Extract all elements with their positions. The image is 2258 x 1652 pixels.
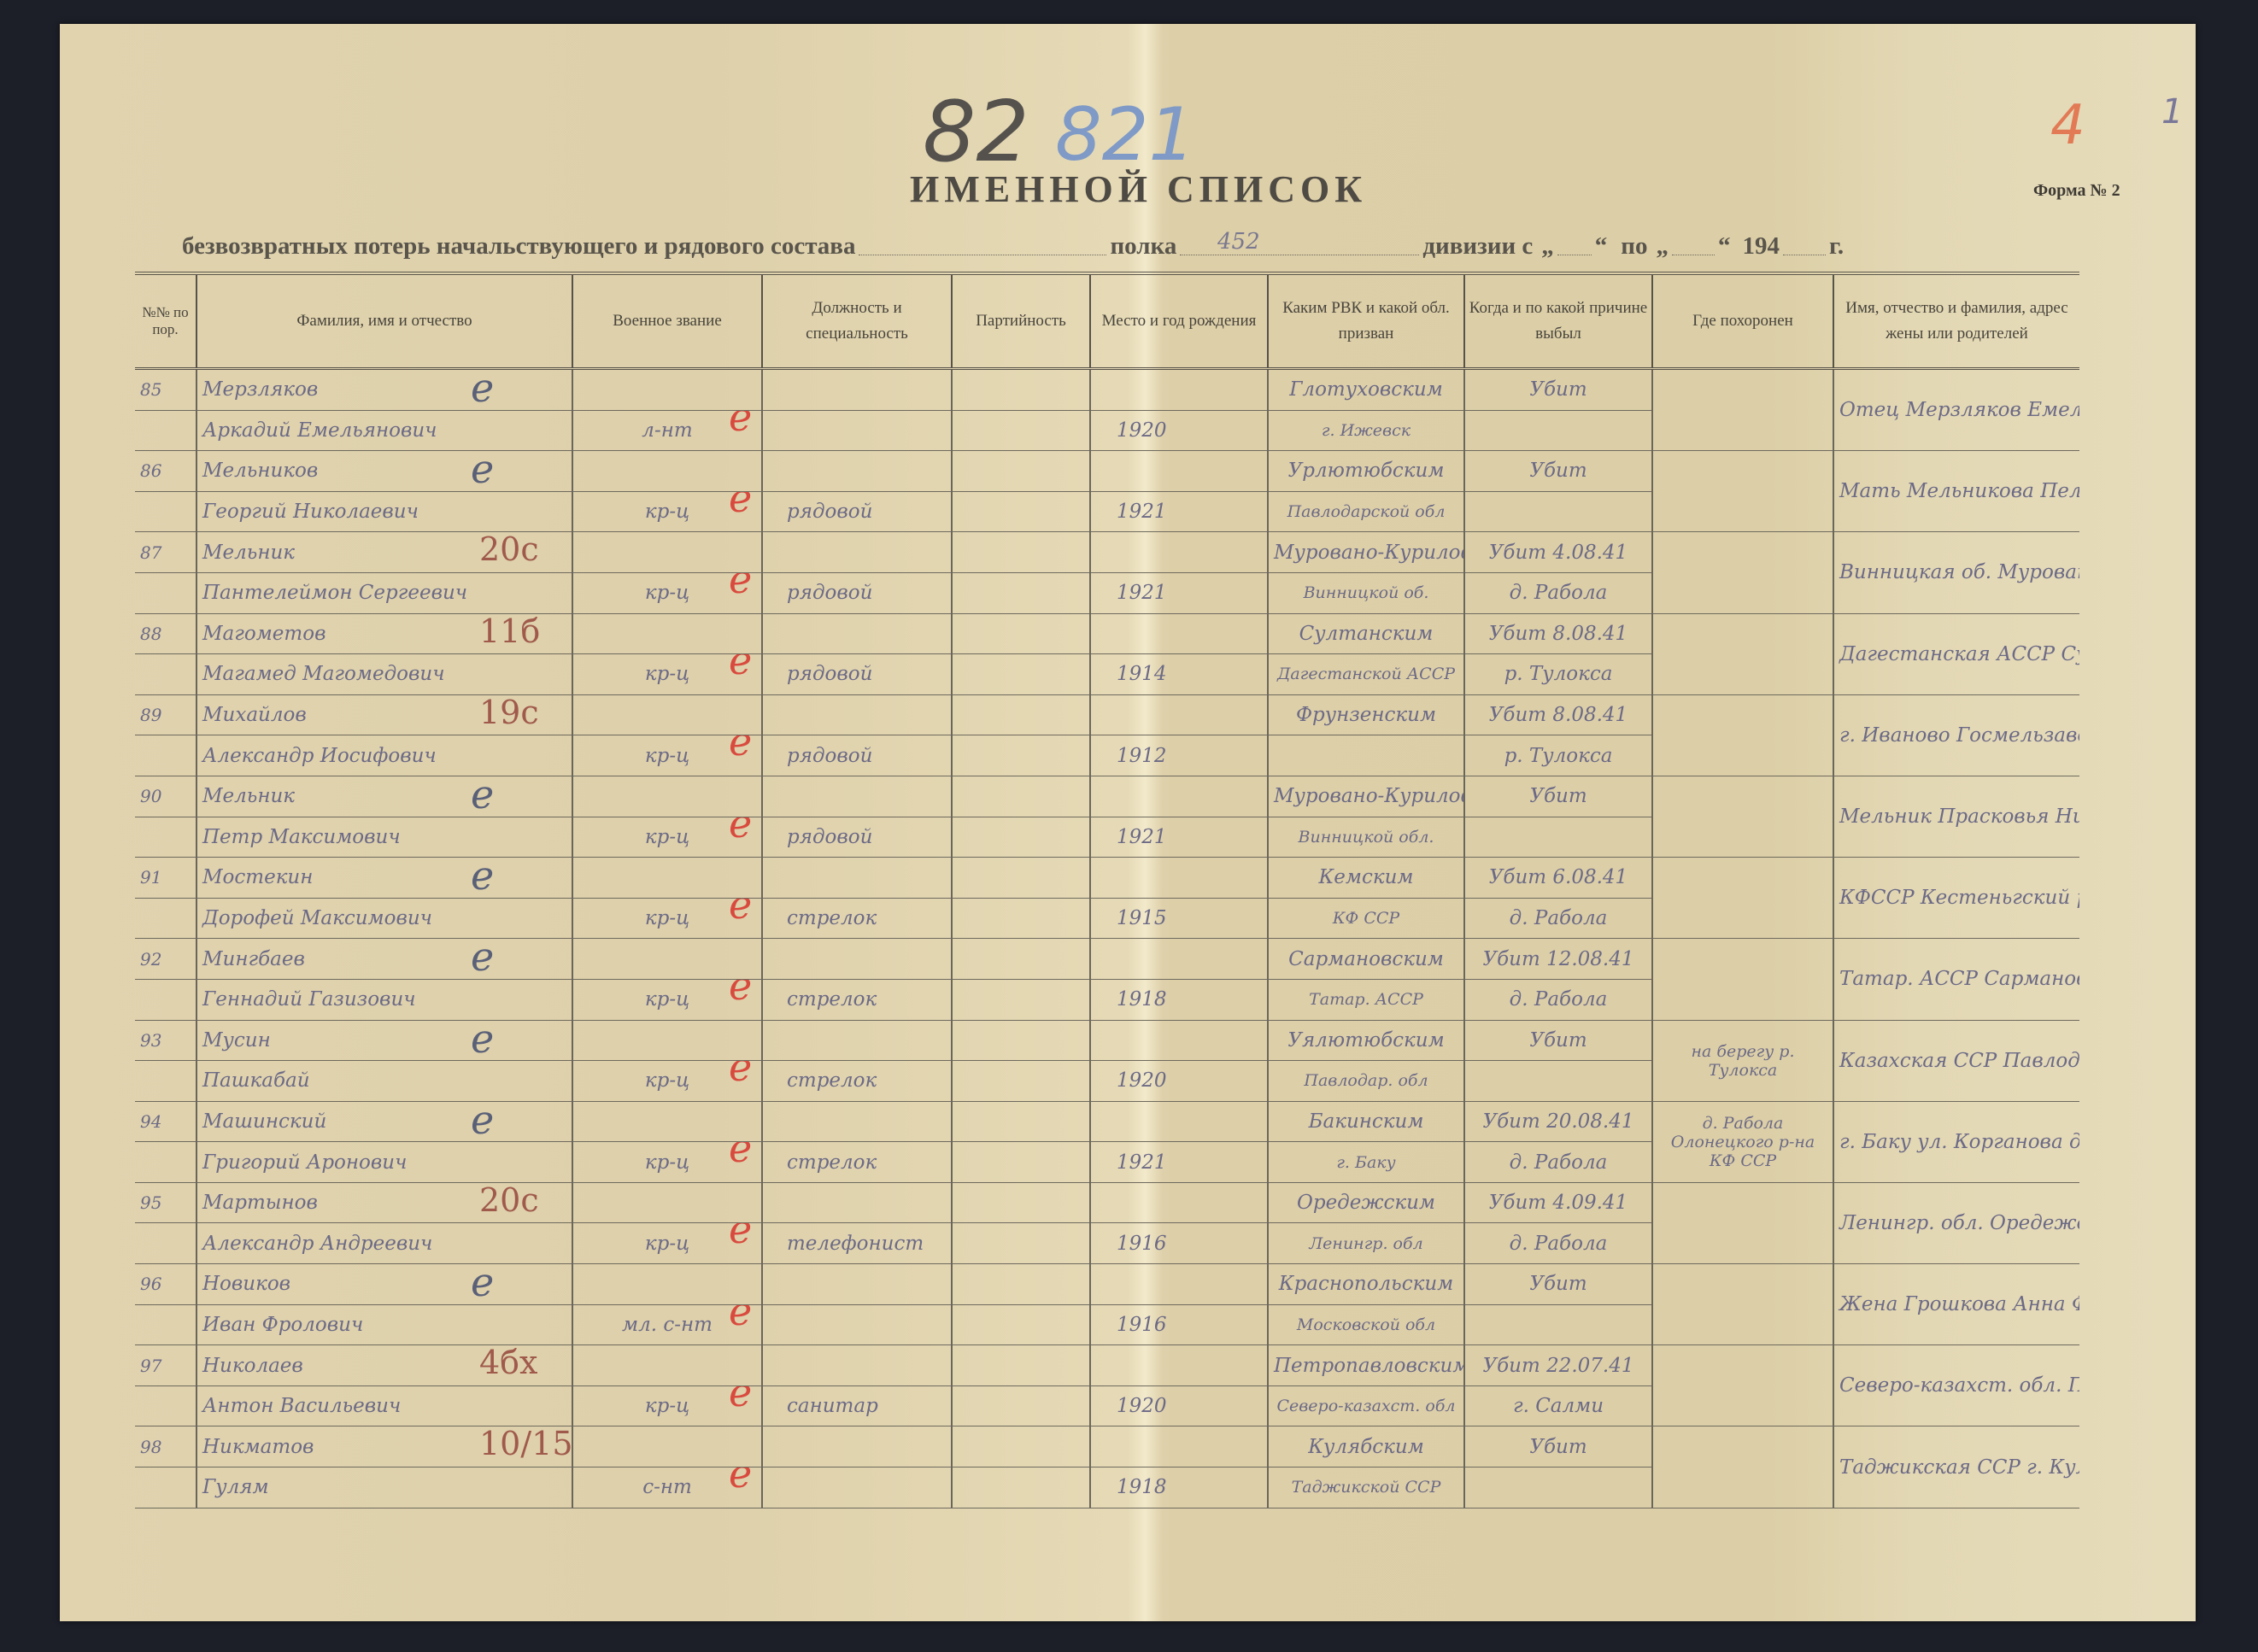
when-cell: Убит bbox=[1464, 1264, 1652, 1305]
birth-cell: 1921 bbox=[1090, 572, 1268, 613]
where-place: д. Рабола bbox=[1510, 582, 1608, 604]
rank-cell: кр-цe bbox=[572, 898, 762, 939]
surname-cell: Машинскийе bbox=[196, 1101, 572, 1142]
party-cell bbox=[952, 654, 1090, 695]
burial-cell bbox=[1652, 532, 1833, 613]
military-rank: кр-ц bbox=[645, 1069, 689, 1092]
pencil-check-icon: е bbox=[471, 1101, 494, 1142]
party-cell bbox=[952, 776, 1090, 817]
party-cell bbox=[952, 532, 1090, 573]
row-number-cell-empty bbox=[135, 1304, 196, 1345]
col-party: Партийность bbox=[952, 273, 1090, 369]
military-rank: кр-ц bbox=[645, 988, 689, 1011]
rank-cell-empty bbox=[572, 1101, 762, 1142]
party-cell bbox=[952, 1142, 1090, 1183]
conscription-rvk-cell: Султанским bbox=[1268, 613, 1464, 654]
burial-cell bbox=[1652, 776, 1833, 857]
row-number-cell: 98 bbox=[135, 1426, 196, 1467]
position-cell-empty bbox=[762, 451, 952, 492]
position-cell: стрелок bbox=[762, 1142, 952, 1183]
red-check-icon: e bbox=[729, 1385, 752, 1415]
party-cell bbox=[952, 1020, 1090, 1061]
given-name: Григорий Аронович bbox=[202, 1151, 407, 1174]
burial-cell bbox=[1652, 451, 1833, 532]
next-of-kin-address: Казахская ССР Павлодарская обл. Урлютюбс… bbox=[1839, 1050, 2079, 1072]
given-name: Пантелеймон Сергеевич bbox=[202, 582, 467, 604]
birth-cell-empty bbox=[1090, 1264, 1268, 1305]
table-row-surname: 95Мартынов20сОредежскимУбит 4.09.41Ленин… bbox=[135, 1182, 2079, 1223]
burial-cell bbox=[1652, 1182, 1833, 1263]
next-of-kin-address: Отец Мерзляков Емельян Прохорович Удмурт… bbox=[1839, 399, 2079, 421]
where-cell bbox=[1464, 410, 1652, 451]
surname: Мельников bbox=[202, 460, 318, 482]
surname-cell: Мерзлякове bbox=[196, 369, 572, 411]
corner-number: 1 bbox=[2161, 92, 2183, 132]
next-of-kin-address: г. Баку ул. Корганова д. 139 Лекарь Б. Ф… bbox=[1839, 1131, 2079, 1153]
when-reason: Убит bbox=[1529, 460, 1586, 482]
position: телефонист bbox=[787, 1233, 924, 1255]
next-of-kin-cell: Дагестанская АССР Султанский р-н д. Труд bbox=[1833, 613, 2079, 694]
rank-cell-empty bbox=[572, 1345, 762, 1386]
burial-cell bbox=[1652, 939, 1833, 1020]
party-cell bbox=[952, 491, 1090, 532]
position: рядовой bbox=[787, 826, 872, 848]
burial-cell bbox=[1652, 694, 1833, 776]
surname-cell: Магометов11б bbox=[196, 613, 572, 654]
conscription-rvk: Муровано-Куриловецким bbox=[1274, 542, 1464, 564]
birth-year: 1921 bbox=[1117, 826, 1167, 848]
burial-cell bbox=[1652, 1264, 1833, 1345]
surname: Мерзляков bbox=[202, 378, 318, 401]
surname: Николаев bbox=[202, 1355, 303, 1377]
military-rank: кр-ц bbox=[645, 501, 689, 523]
pencil-check-icon: е bbox=[471, 776, 494, 817]
burial-cell bbox=[1652, 1426, 1833, 1508]
table-row-surname: 88VМагометов11бСултанскимУбит 8.08.41Даг… bbox=[135, 613, 2079, 654]
conscription-rvk-cell: Кулябским bbox=[1268, 1426, 1464, 1467]
birth-year: 1916 bbox=[1117, 1314, 1167, 1336]
rank-cell-empty bbox=[572, 776, 762, 817]
given-name-cell: Магамед Магомедович bbox=[196, 654, 572, 695]
rank-cell-empty bbox=[572, 532, 762, 573]
document-title: ИМЕННОЙ СПИСОК bbox=[910, 167, 1367, 211]
side-note-mark: 20с bbox=[479, 532, 539, 569]
rank-cell-empty bbox=[572, 1182, 762, 1223]
col-birth: Место и год рождения bbox=[1090, 273, 1268, 369]
rank-cell-empty bbox=[572, 1020, 762, 1061]
row-number-cell: 96 bbox=[135, 1264, 196, 1305]
party-cell bbox=[952, 1101, 1090, 1142]
birth-year: 1915 bbox=[1117, 907, 1167, 929]
birth-cell-empty bbox=[1090, 776, 1268, 817]
surname-cell: Мингбаеве bbox=[196, 939, 572, 980]
conscription-rvk-cell: Фрунзенским bbox=[1268, 694, 1464, 735]
conscription-region-cell: Дагестанской АССР bbox=[1268, 654, 1464, 695]
position: рядовой bbox=[787, 501, 872, 523]
row-number-cell-empty bbox=[135, 735, 196, 776]
where-cell: р. Тулокса bbox=[1464, 654, 1652, 695]
given-name: Петр Максимович bbox=[202, 826, 401, 848]
birth-cell: 1914 bbox=[1090, 654, 1268, 695]
surname: Новиков bbox=[202, 1273, 290, 1295]
next-of-kin-cell: Северо-казахст. обл. Петропавловский р-н… bbox=[1833, 1345, 2079, 1426]
row-number: 85 bbox=[140, 379, 161, 400]
conscription-rvk-cell: Бакинским bbox=[1268, 1101, 1464, 1142]
red-check-icon: e bbox=[729, 817, 752, 847]
col-military-rank: Военное звание bbox=[572, 273, 762, 369]
red-check-icon: e bbox=[729, 410, 752, 440]
open-quote-2: „ bbox=[1657, 232, 1669, 261]
position: стрелок bbox=[787, 1069, 877, 1092]
given-name-cell: Георгий Николаевич bbox=[196, 491, 572, 532]
given-name: Гулям bbox=[202, 1476, 269, 1498]
surname-cell: Мусине bbox=[196, 1020, 572, 1061]
position-cell-empty bbox=[762, 1101, 952, 1142]
next-of-kin-address: Мельник Прасковья Никифоровна Винницкая … bbox=[1839, 805, 2079, 828]
year-blank bbox=[1783, 254, 1826, 255]
when-cell: Убит 22.07.41 bbox=[1464, 1345, 1652, 1386]
given-name-cell: Александр Иосифович bbox=[196, 735, 572, 776]
when-reason: Убит bbox=[1529, 1436, 1586, 1458]
when-cell: Убит bbox=[1464, 451, 1652, 492]
where-cell: д. Рабола bbox=[1464, 898, 1652, 939]
conscription-rvk-cell: Петропавловским bbox=[1268, 1345, 1464, 1386]
row-number-cell-empty bbox=[135, 817, 196, 858]
next-of-kin-cell: КФССР Кестеньгский р-н д. Ругозеро отец … bbox=[1833, 858, 2079, 939]
conscription-rvk: Петропавловским bbox=[1274, 1355, 1464, 1377]
next-of-kin-cell: Винницкая об. Муровано-Куриловецкий р-н … bbox=[1833, 532, 2079, 613]
rank-cell: кр-цe bbox=[572, 1061, 762, 1102]
pencil-check-icon: е bbox=[471, 451, 494, 492]
when-cell: Убит 20.08.41 bbox=[1464, 1101, 1652, 1142]
rank-cell-empty bbox=[572, 1264, 762, 1305]
when-reason: Убит 4.09.41 bbox=[1489, 1192, 1628, 1214]
where-place: д. Рабола bbox=[1510, 1151, 1608, 1174]
table-row-surname: 96НовиковеКраснопольскимУбитЖена Грошков… bbox=[135, 1264, 2079, 1305]
when-reason: Убит bbox=[1529, 785, 1586, 807]
given-name-cell: Антон Васильевич bbox=[196, 1385, 572, 1426]
next-of-kin-address: Ленингр. обл. Оредежский р-н Тёсовский с… bbox=[1839, 1212, 2079, 1234]
when-cell: Убит 6.08.41 bbox=[1464, 858, 1652, 899]
party-cell bbox=[952, 1223, 1090, 1264]
row-number-cell-empty bbox=[135, 1061, 196, 1102]
next-of-kin-cell: Казахская ССР Павлодарская обл. Урлютюбс… bbox=[1833, 1020, 2079, 1101]
rank-cell: кр-цe bbox=[572, 491, 762, 532]
party-cell bbox=[952, 451, 1090, 492]
position-cell: стрелок bbox=[762, 898, 952, 939]
rank-cell: кр-цe bbox=[572, 1223, 762, 1264]
rank-cell: кр-цe bbox=[572, 1385, 762, 1426]
surname: Машинский bbox=[202, 1110, 326, 1133]
year-prefix: 194 bbox=[1743, 232, 1780, 261]
side-note-mark: 20с bbox=[479, 1182, 539, 1219]
military-rank: кр-ц bbox=[645, 663, 689, 685]
conscription-region: Северо-казахст. обл bbox=[1276, 1397, 1455, 1415]
row-number: 90 bbox=[140, 786, 161, 806]
next-of-kin-address: Винницкая об. Муровано-Куриловецкий р-н … bbox=[1839, 561, 2079, 583]
conscription-region-cell: г. Ижевск bbox=[1268, 410, 1464, 451]
birth-cell: 1916 bbox=[1090, 1223, 1268, 1264]
party-cell bbox=[952, 1385, 1090, 1426]
conscription-region: Татар. АССР bbox=[1309, 990, 1423, 1009]
given-name: Пашкабай bbox=[202, 1069, 310, 1092]
table-header-row: №№ по пор. Фамилия, имя и отчество Военн… bbox=[135, 273, 2079, 369]
position: рядовой bbox=[787, 663, 872, 685]
conscription-region-cell: Северо-казахст. обл bbox=[1268, 1385, 1464, 1426]
side-note-mark: 11б bbox=[479, 613, 540, 650]
col-full-name: Фамилия, имя и отчество bbox=[196, 273, 572, 369]
position: санитар bbox=[787, 1395, 878, 1417]
birth-year: 1921 bbox=[1117, 501, 1167, 523]
surname-cell: Мельникове bbox=[196, 451, 572, 492]
conscription-region-cell bbox=[1268, 735, 1464, 776]
col-number: №№ по пор. bbox=[135, 273, 196, 369]
pencil-check-icon: е bbox=[471, 369, 494, 411]
pencil-check-icon: е bbox=[471, 858, 494, 899]
conscription-rvk: Кемским bbox=[1319, 866, 1414, 888]
surname-cell: Мартынов20с bbox=[196, 1182, 572, 1223]
row-number-cell-empty bbox=[135, 1142, 196, 1183]
row-number-cell: 94 bbox=[135, 1101, 196, 1142]
position-cell-empty bbox=[762, 1345, 952, 1386]
where-cell bbox=[1464, 817, 1652, 858]
when-cell: Убит bbox=[1464, 1020, 1652, 1061]
table-row-surname: 93МусинеУялютюбскимУбитна берегу р. Туло… bbox=[135, 1020, 2079, 1061]
next-of-kin-address: Дагестанская АССР Султанский р-н д. Труд bbox=[1839, 643, 2079, 665]
next-of-kin-cell: г. Баку ул. Корганова д. 139 Лекарь Б. Ф… bbox=[1833, 1101, 2079, 1182]
when-reason: Убит 12.08.41 bbox=[1482, 948, 1633, 970]
position-cell-empty bbox=[762, 858, 952, 899]
military-rank: кр-ц bbox=[645, 1395, 689, 1417]
next-of-kin-cell: Ленингр. обл. Оредежский р-н Тёсовский с… bbox=[1833, 1182, 2079, 1263]
open-quote: „ bbox=[1541, 232, 1554, 261]
burial-cell: на берегу р. Тулокса bbox=[1652, 1020, 1833, 1101]
rank-cell-empty bbox=[572, 1426, 762, 1467]
when-reason: Убит bbox=[1529, 1273, 1586, 1295]
position: рядовой bbox=[787, 745, 872, 767]
conscription-rvk: Оредежским bbox=[1297, 1192, 1435, 1214]
burial-cell bbox=[1652, 369, 1833, 451]
military-rank: кр-ц bbox=[645, 1233, 689, 1255]
row-number-cell-empty bbox=[135, 491, 196, 532]
table-body: 85МерзляковеГлотуховскимУбитОтец Мерзляк… bbox=[135, 369, 2079, 1508]
side-note-mark: 19с bbox=[479, 694, 539, 731]
row-number: 87 bbox=[140, 542, 161, 563]
where-cell bbox=[1464, 1467, 1652, 1508]
sheet-number-red: 4 bbox=[2050, 94, 2085, 157]
red-check-icon: e bbox=[729, 1142, 752, 1172]
birth-year: 1918 bbox=[1117, 988, 1167, 1011]
subtitle-prefix: безвозвратных потерь начальствующего и р… bbox=[182, 232, 855, 261]
position-cell: рядовой bbox=[762, 572, 952, 613]
pencil-check-icon: е bbox=[471, 1020, 494, 1061]
rank-cell: кр-цe bbox=[572, 979, 762, 1020]
given-name-cell: Григорий Аронович bbox=[196, 1142, 572, 1183]
birth-cell-empty bbox=[1090, 451, 1268, 492]
where-cell bbox=[1464, 1304, 1652, 1345]
birth-cell: 1916 bbox=[1090, 1304, 1268, 1345]
rank-cell: кр-цe bbox=[572, 654, 762, 695]
conscription-rvk: Фрунзенским bbox=[1296, 704, 1436, 726]
conscription-rvk: Бакинским bbox=[1309, 1110, 1424, 1133]
conscription-region-cell: г. Баку bbox=[1268, 1142, 1464, 1183]
conscription-rvk: Краснопольским bbox=[1279, 1273, 1453, 1295]
party-cell bbox=[952, 572, 1090, 613]
red-check-icon: e bbox=[729, 898, 752, 928]
row-number-cell-empty bbox=[135, 979, 196, 1020]
rank-cell: л-нтe bbox=[572, 410, 762, 451]
position: рядовой bbox=[787, 582, 872, 604]
conscription-rvk: Урлютюбским bbox=[1288, 460, 1445, 482]
surname-cell: Мельник20с bbox=[196, 532, 572, 573]
birth-cell-empty bbox=[1090, 858, 1268, 899]
surname-cell: Михайлов19с bbox=[196, 694, 572, 735]
position-cell: рядовой bbox=[762, 735, 952, 776]
where-place: р. Тулокса bbox=[1504, 663, 1613, 685]
birth-cell: 1921 bbox=[1090, 817, 1268, 858]
surname: Мусин bbox=[202, 1029, 271, 1052]
party-cell bbox=[952, 694, 1090, 735]
party-cell bbox=[952, 1345, 1090, 1386]
birth-year: 1920 bbox=[1117, 419, 1167, 442]
conscription-region-cell: Таджикской ССР bbox=[1268, 1467, 1464, 1508]
next-of-kin-address: Жена Грошкова Анна Федоровна г. Москва С… bbox=[1839, 1293, 2079, 1315]
row-number-cell: 93 bbox=[135, 1020, 196, 1061]
next-of-kin-address: Татар. АССР Сармановский р-н д. Мурвали … bbox=[1839, 968, 2079, 990]
col-when-why: Когда и по какой причине выбыл bbox=[1464, 273, 1652, 369]
position: стрелок bbox=[787, 988, 877, 1011]
conscription-region: Московской обл bbox=[1297, 1315, 1435, 1334]
rank-cell: с-нтe bbox=[572, 1467, 762, 1508]
surname: Никматов bbox=[202, 1436, 314, 1458]
col-conscription: Каким РВК и какой обл. призван bbox=[1268, 273, 1464, 369]
birth-year: 1912 bbox=[1117, 745, 1167, 767]
regiment-blank bbox=[859, 254, 1106, 255]
conscription-rvk-cell: Оредежским bbox=[1268, 1182, 1464, 1223]
conscription-rvk-cell: Кемским bbox=[1268, 858, 1464, 899]
pencil-check-icon: е bbox=[471, 939, 494, 980]
next-of-kin-cell: г. Иваново Госмельзавод им Батурина отец… bbox=[1833, 694, 2079, 776]
military-rank: кр-ц bbox=[645, 745, 689, 767]
party-cell bbox=[952, 735, 1090, 776]
side-note-mark: 4бх bbox=[479, 1345, 538, 1382]
form-number: Форма № 2 bbox=[2033, 181, 2120, 201]
military-rank: кр-ц bbox=[645, 907, 689, 929]
party-cell bbox=[952, 1061, 1090, 1102]
row-number: 92 bbox=[140, 949, 161, 970]
given-name: Магамед Магомедович bbox=[202, 663, 445, 685]
military-rank: с-нт bbox=[642, 1476, 692, 1498]
red-check-icon: e bbox=[729, 572, 752, 602]
conscription-region: Ленингр. обл bbox=[1309, 1234, 1422, 1253]
position-cell: рядовой bbox=[762, 654, 952, 695]
birth-cell-empty bbox=[1090, 369, 1268, 411]
given-name: Иван Фролович bbox=[202, 1314, 363, 1336]
birth-year: 1920 bbox=[1117, 1069, 1167, 1092]
row-number-cell: 85 bbox=[135, 369, 196, 411]
birth-year: 1918 bbox=[1117, 1476, 1167, 1498]
birth-year: 1914 bbox=[1117, 663, 1167, 685]
party-cell bbox=[952, 898, 1090, 939]
conscription-rvk: Глотуховским bbox=[1289, 378, 1443, 401]
position-cell-empty bbox=[762, 1426, 952, 1467]
conscription-region-cell: Московской обл bbox=[1268, 1304, 1464, 1345]
birth-cell: 1921 bbox=[1090, 1142, 1268, 1183]
position-cell: стрелок bbox=[762, 1061, 952, 1102]
next-of-kin-address: КФССР Кестеньгский р-н д. Ругозеро отец … bbox=[1839, 887, 2079, 909]
row-number: 93 bbox=[140, 1030, 161, 1051]
when-cell: Убит bbox=[1464, 776, 1652, 817]
row-number-cell-empty bbox=[135, 1467, 196, 1508]
conscription-rvk-cell: Муровано-Куриловецким bbox=[1268, 532, 1464, 573]
conscription-region: КФ ССР bbox=[1333, 909, 1399, 928]
given-name-cell: Гулям bbox=[196, 1467, 572, 1508]
red-check-icon: e bbox=[729, 1304, 752, 1334]
when-cell: Убит 8.08.41 bbox=[1464, 694, 1652, 735]
when-cell: Убит 12.08.41 bbox=[1464, 939, 1652, 980]
row-number-cell: 97V bbox=[135, 1345, 196, 1386]
position-cell-empty bbox=[762, 939, 952, 980]
birth-year: 1916 bbox=[1117, 1233, 1167, 1255]
red-check-icon: e bbox=[729, 1223, 752, 1253]
given-name: Геннадий Газизович bbox=[202, 988, 416, 1011]
pencil-check-icon: е bbox=[471, 1264, 494, 1305]
document-subtitle: безвозвратных потерь начальствующего и р… bbox=[182, 232, 1844, 261]
conscription-rvk: Кулябским bbox=[1308, 1436, 1424, 1458]
where-cell bbox=[1464, 1061, 1652, 1102]
position-cell: санитар bbox=[762, 1385, 952, 1426]
red-check-icon: e bbox=[729, 1061, 752, 1091]
given-name: Александр Иосифович bbox=[202, 745, 437, 767]
birth-cell-empty bbox=[1090, 1345, 1268, 1386]
burial-cell bbox=[1652, 1345, 1833, 1426]
rank-cell: мл. с-нтe bbox=[572, 1304, 762, 1345]
when-reason: Убит 6.08.41 bbox=[1489, 866, 1628, 888]
when-reason: Убит 4.08.41 bbox=[1489, 542, 1628, 564]
when-cell: Убит bbox=[1464, 369, 1652, 411]
where-place: д. Рабола bbox=[1510, 1233, 1608, 1255]
year-suffix: г. bbox=[1829, 232, 1844, 261]
conscription-region-cell: Павлодарской обл bbox=[1268, 491, 1464, 532]
conscription-rvk-cell: Глотуховским bbox=[1268, 369, 1464, 411]
given-name: Александр Андреевич bbox=[202, 1233, 432, 1255]
where-cell: д. Рабола bbox=[1464, 1223, 1652, 1264]
conscription-rvk-cell: Сармановским bbox=[1268, 939, 1464, 980]
row-number-cell: 95 bbox=[135, 1182, 196, 1223]
to-label: по bbox=[1621, 232, 1647, 261]
conscription-rvk-cell: Муровано-Куриловецким bbox=[1268, 776, 1464, 817]
burial-cell bbox=[1652, 858, 1833, 939]
conscription-region-cell: Павлодар. обл bbox=[1268, 1061, 1464, 1102]
conscription-region-cell: Татар. АССР bbox=[1268, 979, 1464, 1020]
next-of-kin-address: Северо-казахст. обл. Петропавловский р-н… bbox=[1839, 1374, 2079, 1397]
burial-cell: д. Рабола Олонецкого р-на КФ ССР bbox=[1652, 1101, 1833, 1182]
position-cell: рядовой bbox=[762, 817, 952, 858]
surname-cell: Николаев4бх bbox=[196, 1345, 572, 1386]
where-place: д. Рабола bbox=[1510, 988, 1608, 1011]
birth-cell-empty bbox=[1090, 1101, 1268, 1142]
table-row-surname: 91МостекинеКемскимУбит 6.08.41КФССР Кест… bbox=[135, 858, 2079, 899]
birth-cell: 1920 bbox=[1090, 1385, 1268, 1426]
surname: Мельник bbox=[202, 785, 295, 807]
party-cell bbox=[952, 817, 1090, 858]
conscription-rvk: Султанским bbox=[1299, 623, 1434, 645]
conscription-region: г. Баку bbox=[1336, 1153, 1395, 1172]
close-quote-2: “ bbox=[1718, 232, 1731, 261]
row-number-cell-empty bbox=[135, 1385, 196, 1426]
birth-cell: 1915 bbox=[1090, 898, 1268, 939]
next-of-kin-address: Таджикская ССР г. Куляб Базарная ул. д. … bbox=[1839, 1456, 2079, 1479]
